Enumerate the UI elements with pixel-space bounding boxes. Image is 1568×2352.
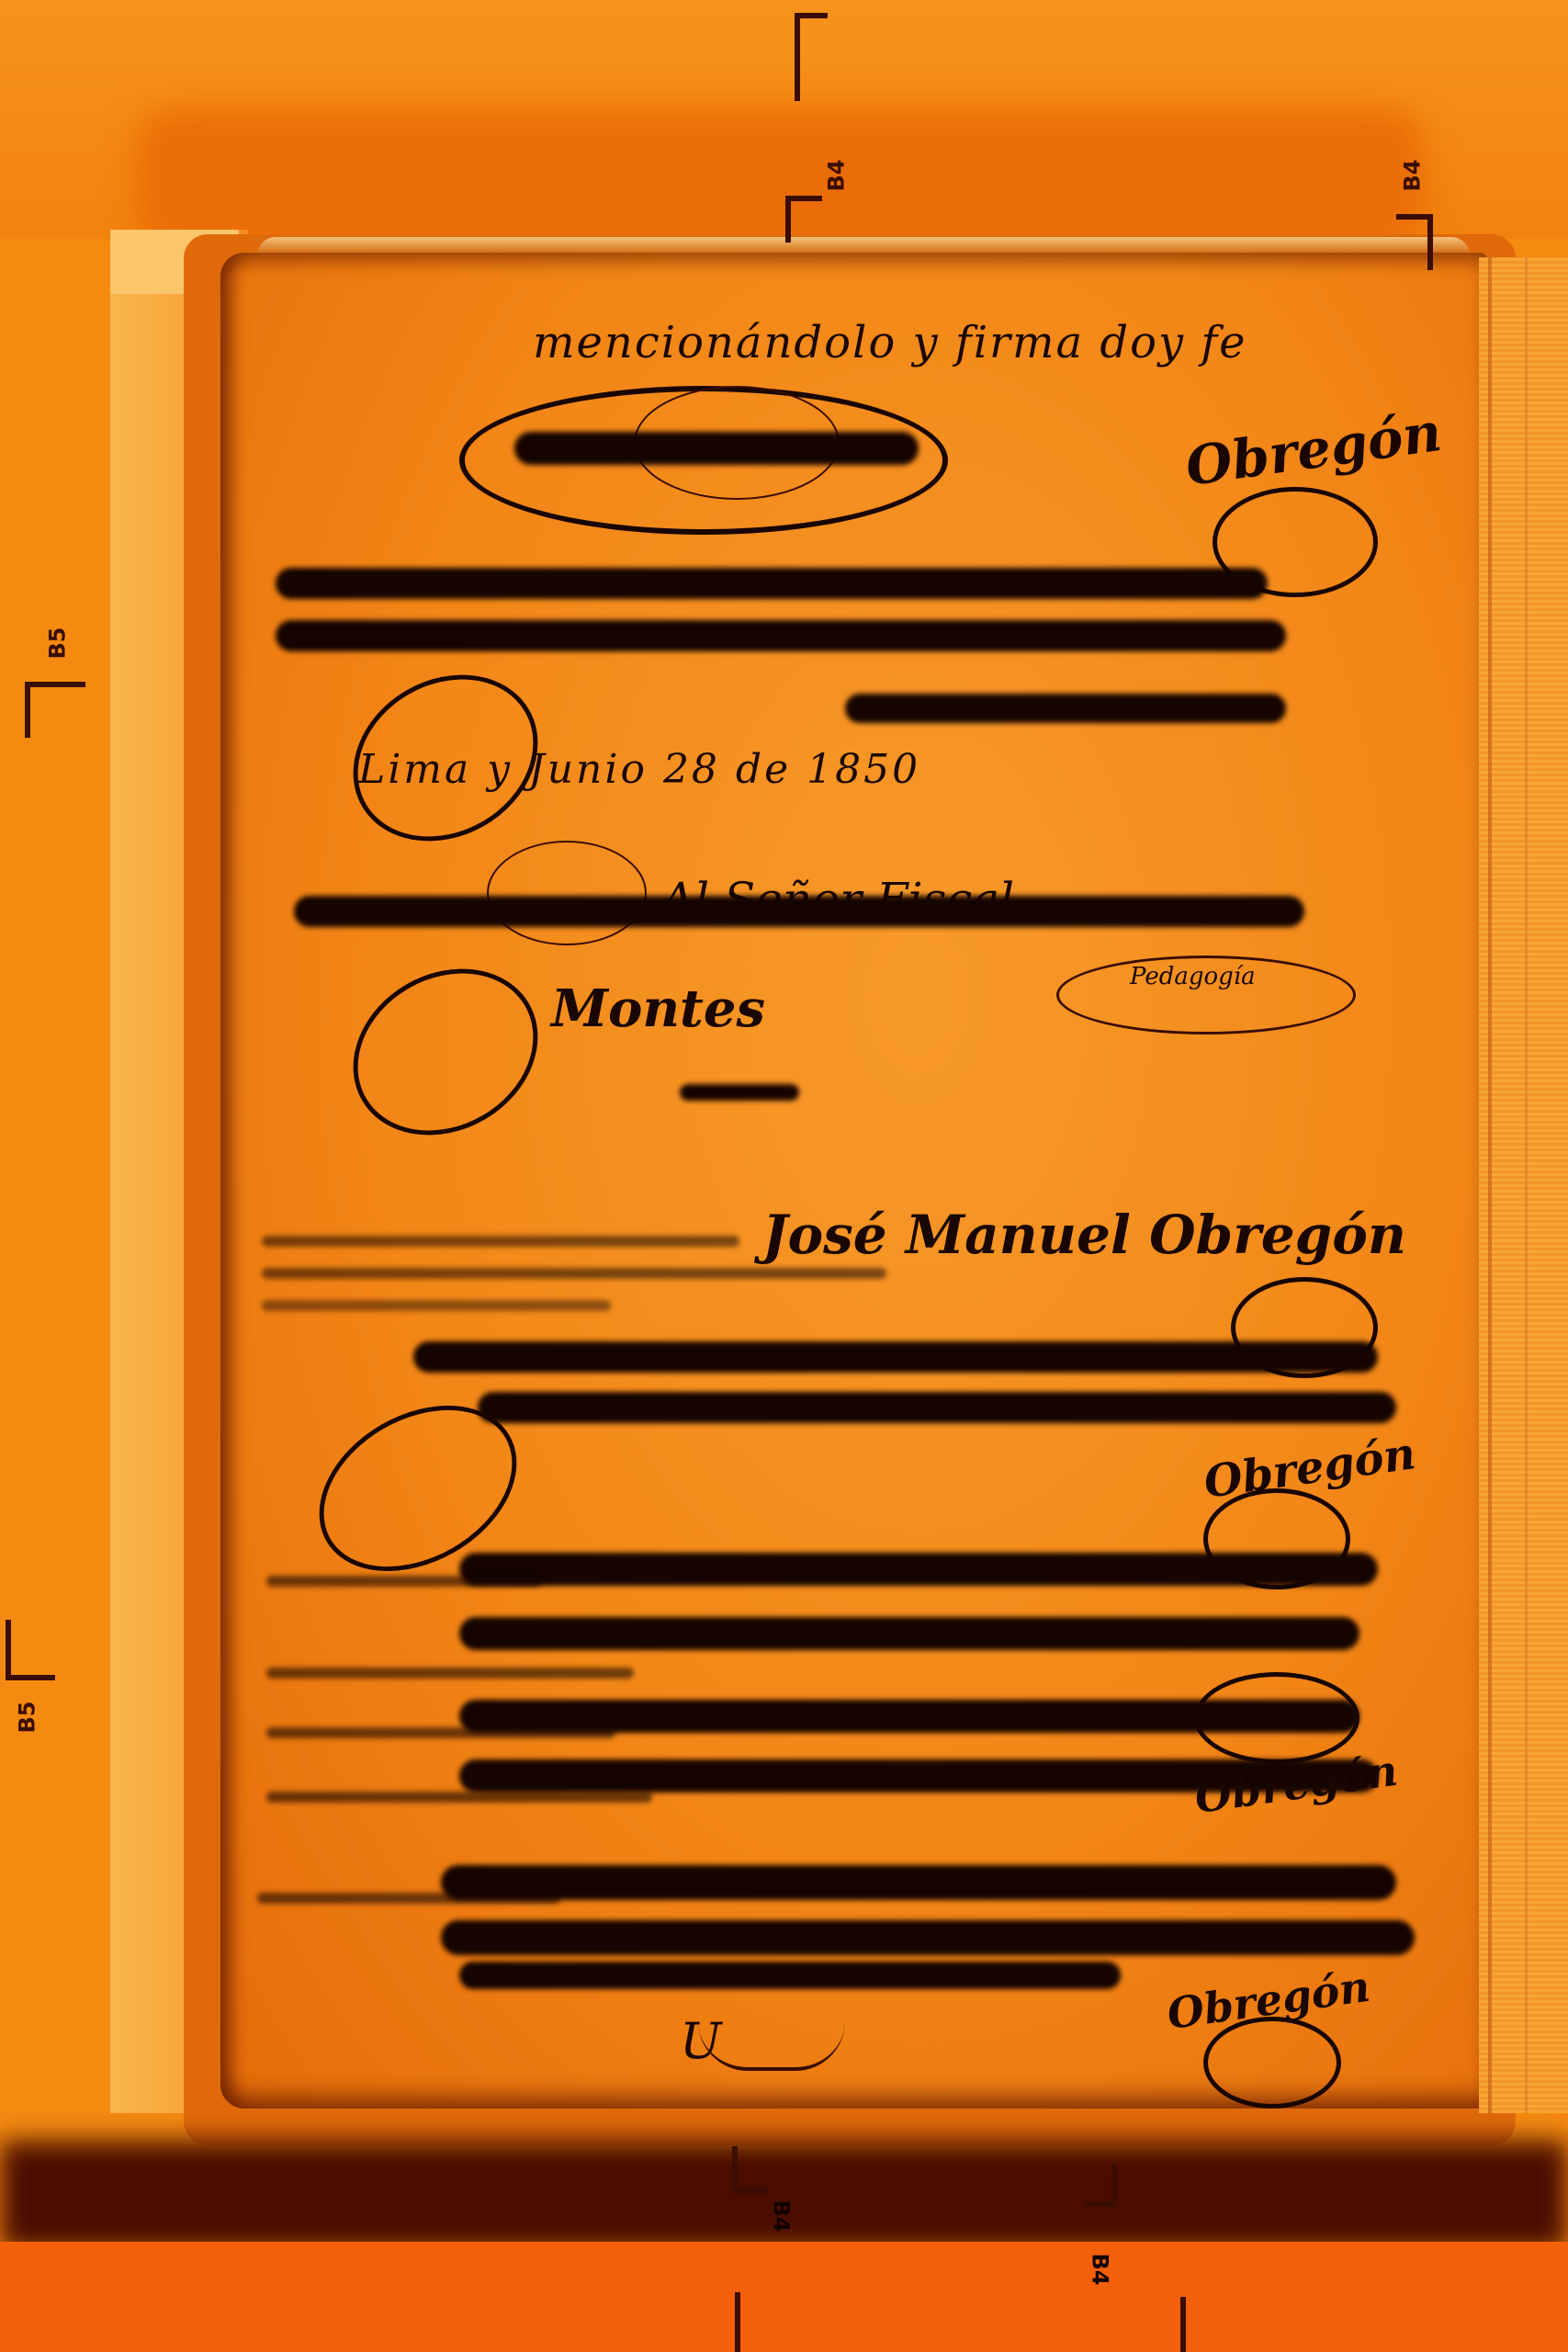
blotted-line-1	[276, 568, 1268, 599]
blotted-line-8	[459, 1617, 1359, 1650]
faint-text-row-2	[262, 1268, 886, 1279]
date-line: Lima y Junio 28 de 1850	[358, 746, 920, 793]
flourish-mid-right-2	[1194, 1672, 1359, 1764]
shadow-top	[138, 110, 1424, 248]
blotted-dots	[680, 1084, 799, 1101]
faint-text-row-7	[266, 1792, 652, 1803]
blotted-line-12	[441, 1920, 1415, 1955]
marker-label: B4	[1088, 2254, 1113, 2286]
binding-stitch-line-2	[1525, 257, 1528, 2113]
marker-label: B5	[45, 628, 71, 660]
faint-text-row-3	[262, 1300, 611, 1311]
faint-text-row-4	[266, 1576, 542, 1587]
blotted-line-5	[413, 1341, 1378, 1373]
faint-text-row-6	[266, 1727, 615, 1738]
shadow-bottom	[0, 2141, 1568, 2251]
flourish-bottom-right	[1203, 2017, 1341, 2109]
blotted-line-6	[478, 1392, 1396, 1423]
signature-line: José Manuel Obregón	[762, 1204, 1406, 1266]
faint-text-row-8	[257, 1893, 560, 1904]
flourish-underwritten	[1056, 955, 1356, 1035]
faint-text-row-1	[262, 1236, 739, 1247]
marker-label: B5	[15, 1702, 40, 1734]
faint-text-row-5	[266, 1668, 634, 1679]
binding-stitch-line	[1488, 257, 1492, 2113]
blotted-line-11	[441, 1865, 1396, 1900]
book-binding	[1479, 257, 1568, 2113]
marker-label: B4	[824, 160, 850, 192]
blotted-line-13	[459, 1962, 1121, 1989]
blotted-text	[514, 432, 919, 465]
flourish-address	[487, 841, 647, 945]
fiscal-name: Montes	[551, 978, 765, 1039]
marker-label: B4	[769, 2200, 795, 2233]
blotted-line-7	[459, 1553, 1378, 1586]
blotted-line-2	[276, 620, 1286, 651]
handwritten-line-1: mencionándolo y firma doy fe	[533, 317, 1247, 368]
background-bottom	[0, 2242, 1568, 2352]
blotted-line-3	[845, 694, 1286, 723]
blotted-line-4	[294, 896, 1304, 927]
marker-label: B4	[1400, 160, 1426, 192]
